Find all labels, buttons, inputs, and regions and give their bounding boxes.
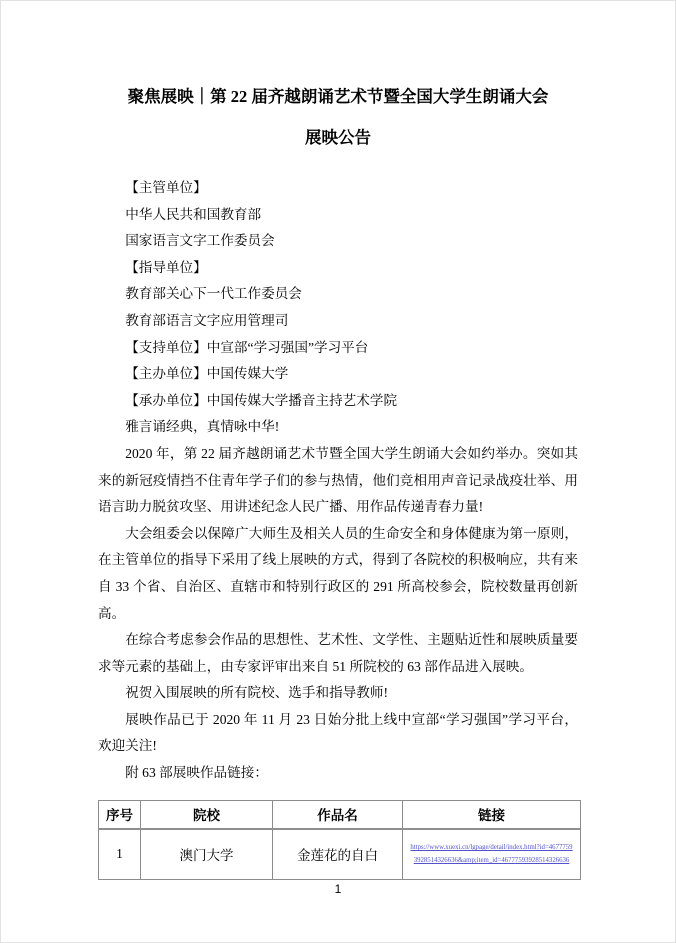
body-line: 祝贺入围展映的所有院校、选手和指导教师! — [98, 680, 578, 707]
document-content: 聚焦展映｜第 22 届齐越朗诵艺术节暨全国大学生朗诵大会 展映公告 【主管单位】… — [1, 1, 675, 880]
body-line: 在主管单位的指导下采用了线上展映的方式，得到了各院校的积极响应，共有来 — [98, 547, 578, 574]
body-line: 高。 — [98, 601, 578, 628]
body-line: 【支持单位】中宣部“学习强国”学习平台 — [98, 335, 578, 362]
body-line: 附 63 部展映作品链接： — [98, 760, 578, 787]
body-line: 欢迎关注! — [98, 733, 578, 760]
document-title-line2: 展映公告 — [98, 128, 578, 148]
table-row: 1 澳门大学 金莲花的自白 https://www.xuexi.cn/lgpag… — [99, 829, 581, 880]
body-line: 雅言诵经典，真情咏中华! — [98, 414, 578, 441]
body-line: 展映作品已于 2020 年 11 月 23 日始分批上线中宣部“学习强国”学习平… — [98, 707, 578, 734]
body-line: 语言助力脱贫攻坚、用讲述纪念人民广播、用作品传递青春力量! — [98, 494, 578, 521]
table-header-row: 序号 院校 作品名 链接 — [99, 800, 581, 829]
table-header-school: 院校 — [141, 800, 273, 829]
body-line: 【指导单位】 — [98, 255, 578, 282]
table-header-no: 序号 — [99, 800, 141, 829]
page-number: 1 — [1, 882, 675, 896]
table-header-work: 作品名 — [273, 800, 403, 829]
cell-work: 金莲花的自白 — [273, 829, 403, 880]
body-line: 【主管单位】 — [98, 175, 578, 202]
body-line: 2020 年，第 22 届齐越朗诵艺术节暨全国大学生朗诵大会如约举办。突如其 — [98, 441, 578, 468]
body-line: 来的新冠疫情挡不住青年学子们的参与热情，他们竞相用声音记录战疫壮举、用 — [98, 468, 578, 495]
body-line: 【承办单位】中国传媒大学播音主持艺术学院 — [98, 388, 578, 415]
body-line: 求等元素的基础上，由专家评审出来自 51 所院校的 63 部作品进入展映。 — [98, 654, 578, 681]
cell-school: 澳门大学 — [141, 829, 273, 880]
body-line: 大会组委会以保障广大师生及相关人员的生命安全和身体健康为第一原则， — [98, 521, 578, 548]
document-page: 聚焦展映｜第 22 届齐越朗诵艺术节暨全国大学生朗诵大会 展映公告 【主管单位】… — [0, 0, 676, 943]
body-line: 中华人民共和国教育部 — [98, 202, 578, 229]
body-line: 自 33 个省、自治区、直辖市和特别行政区的 291 所高校参会，院校数量再创新 — [98, 574, 578, 601]
body-line: 教育部语言文字应用管理司 — [98, 308, 578, 335]
document-title-line1: 聚焦展映｜第 22 届齐越朗诵艺术节暨全国大学生朗诵大会 — [98, 87, 578, 107]
works-table: 序号 院校 作品名 链接 1 澳门大学 金莲花的自白 https://www.x… — [98, 800, 581, 880]
body-text: 【主管单位】中华人民共和国教育部国家语言文字工作委员会【指导单位】教育部关心下一… — [98, 175, 578, 787]
cell-link: https://www.xuexi.cn/lgpage/detail/index… — [403, 829, 581, 880]
body-line: 教育部关心下一代工作委员会 — [98, 281, 578, 308]
cell-no: 1 — [99, 829, 141, 880]
body-line: 【主办单位】中国传媒大学 — [98, 361, 578, 388]
table-header-link: 链接 — [403, 800, 581, 829]
work-link[interactable]: https://www.xuexi.cn/lgpage/detail/index… — [403, 841, 580, 867]
body-line: 在综合考虑参会作品的思想性、艺术性、文学性、主题贴近性和展映质量要 — [98, 627, 578, 654]
body-line: 国家语言文字工作委员会 — [98, 228, 578, 255]
